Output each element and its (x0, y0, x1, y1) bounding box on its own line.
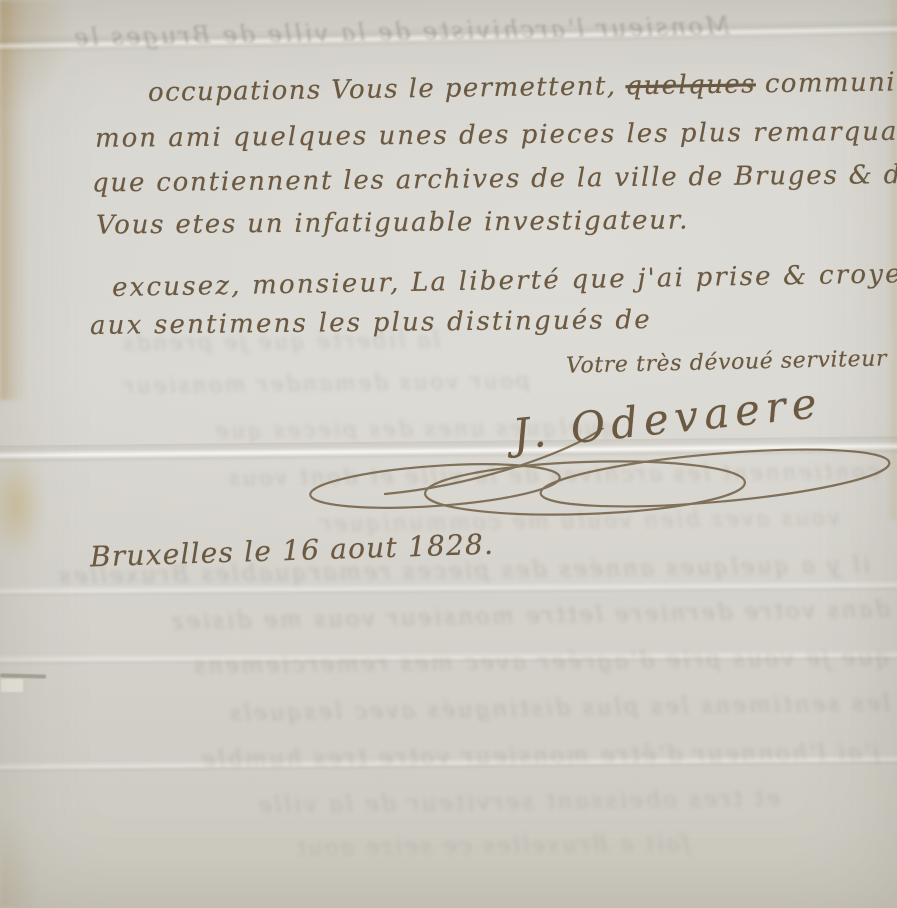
closing-line: Votre très dévoué serviteur (566, 346, 888, 378)
show-through-line: et tres obeissant serviteur de la ville (140, 786, 780, 821)
manuscript-letter-photo: Monsieur l'archiviste de la ville de Bru… (0, 0, 897, 908)
show-through-line: dans votre derniere lettre monsieur vous… (50, 597, 890, 638)
dateline: Bruxelles le 16 aout 1828. (90, 528, 495, 574)
paper-corner-top-left (0, 0, 70, 110)
show-through-line: les sentimens les plus distingués avec l… (45, 690, 890, 729)
body-line-4: Vous etes un infatiguable investigateur. (96, 205, 689, 240)
crease-top (0, 17, 897, 55)
body-line-1-post: communiquer a (765, 66, 897, 99)
body-line-1-pre: occupations Vous le permettent, (148, 71, 617, 108)
paper-streak (0, 754, 897, 774)
paper-tear-chip (1, 679, 23, 692)
show-through-line: que je vous prie d'agréer avec mes remer… (40, 645, 890, 681)
body-line-3: que contiennent les archives de la ville… (92, 160, 897, 199)
show-through-line: j'ai l'honneur d'être monsieur votre tre… (50, 740, 880, 775)
signature-flourish (285, 428, 895, 528)
struck-word: quelques (625, 69, 756, 101)
body-line-2: mon ami quelques unes des pieces les plu… (95, 116, 897, 154)
paper-streak (0, 650, 897, 667)
show-through-line: fait a Bruxelles ce seize aout (210, 831, 690, 861)
paper-stain (0, 455, 42, 555)
paper-corner-bottom-left (0, 820, 34, 908)
body-line-6: aux sentimens les plus distingués de (90, 305, 652, 341)
show-through-line: pour vous demander monsieur (60, 369, 530, 401)
paper-tear-notch (0, 673, 46, 678)
body-line-5: excusez, monsieur, La liberté que j'ai p… (112, 259, 897, 303)
body-line-1: occupations Vous le permettent,quelquesc… (148, 66, 897, 108)
paper-streak (0, 580, 897, 598)
